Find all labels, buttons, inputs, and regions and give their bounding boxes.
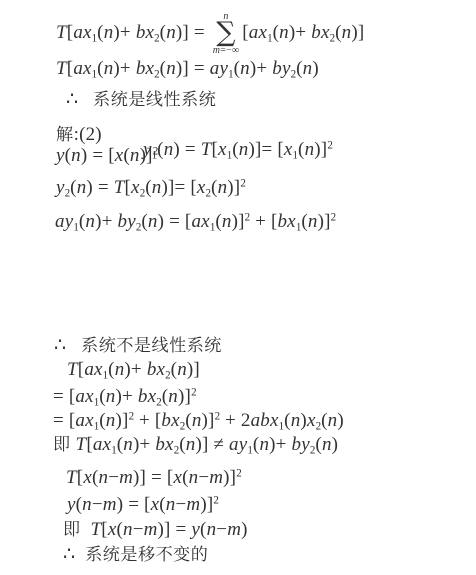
subscript: 1 [227, 150, 233, 162]
subscript: 1 [103, 370, 109, 382]
subscript: 2 [140, 188, 146, 200]
eq-shifted-output: y(n−m) = [x(n−m)]2 [67, 494, 219, 517]
conclusion-not-linear: ∴ 系统不是线性系统 [54, 335, 222, 358]
subscript: 2 [154, 32, 160, 44]
superscript: 2 [213, 494, 219, 506]
eq-expand-square: = [ax1(n)+ bx2(n)]2 [53, 386, 197, 410]
sum-lower-limit: m=−∞ [213, 45, 239, 56]
subscript: 2 [206, 188, 212, 200]
subscript: 2 [165, 370, 171, 382]
eq-expand-terms: = [ax1(n)]2 + [bx2(n)]2 + 2abx1(n)x2(n) [53, 410, 344, 434]
subscript: 2 [154, 69, 160, 81]
sum-right-expression: [ax1(n)+ bx2(n)] [242, 22, 364, 46]
eq-t-of-combination: T[ax1(n)+ bx2(n)] [67, 359, 200, 383]
subscript: 1 [267, 32, 273, 44]
subscript: 1 [210, 222, 216, 234]
chinese-text: 解 [56, 125, 74, 144]
document-page: T[ax1(n)+ bx2(n)] = n∑m=−∞[ax1(n)+ bx2(n… [0, 0, 476, 575]
subscript: 2 [330, 32, 336, 44]
subscript: 1 [94, 421, 100, 433]
subscript: 2 [65, 188, 71, 200]
sum-left-expression: T[ax1(n)+ bx2(n)] = [56, 22, 210, 46]
subscript: 2 [316, 421, 322, 433]
chinese-text: 系统不是线性系统 [81, 336, 222, 355]
subscript: 1 [279, 421, 285, 433]
eq-not-equal-statement: 即 T[ax1(n)+ bx2(n)] ≠ ay1(n)+ by2(n) [53, 434, 338, 458]
eq-response-y1: y1(n) = T[x1(n)]= [x1(n)]2 [143, 139, 333, 163]
eq-linearity-result: T[ax1(n)+ bx2(n)] = ay1(n)+ by2(n) [56, 58, 319, 82]
label-solution-2: 解:(2) [56, 124, 102, 147]
superscript: 2 [240, 177, 246, 189]
superscript: 2 [331, 211, 337, 223]
eq-sum-definition: T[ax1(n)+ bx2(n)] = n∑m=−∞[ax1(n)+ bx2(n… [56, 11, 364, 56]
subscript: 1 [247, 445, 253, 457]
chinese-text: 系统是移不变的 [85, 545, 208, 564]
chinese-text: 即 [63, 520, 81, 539]
subscript: 1 [111, 445, 117, 457]
subscript: 2 [310, 445, 316, 457]
subscript: 2 [156, 397, 162, 409]
superscript: 2 [191, 386, 197, 398]
subscript: 1 [228, 69, 234, 81]
subscript: 1 [293, 150, 299, 162]
subscript: 1 [92, 69, 98, 81]
subscript: 2 [291, 69, 297, 81]
superscript: 2 [129, 410, 135, 422]
eq-weighted-sum: ay1(n)+ by2(n) = [ax1(n)]2 + [bx1(n)]2 [55, 211, 336, 235]
subscript: 1 [94, 397, 100, 409]
subscript: 2 [174, 445, 180, 457]
subscript: 2 [136, 222, 142, 234]
sigma-icon: ∑ [216, 22, 235, 45]
subscript: 1 [152, 150, 158, 162]
eq-shifted-input: T[x(n−m)] = [x(n−m)]2 [66, 467, 242, 490]
superscript: 2 [215, 410, 221, 422]
subscript: 1 [296, 222, 302, 234]
subscript: 2 [180, 421, 186, 433]
conclusion-shift-invariant: ∴ 系统是移不变的 [63, 544, 208, 567]
superscript: 2 [327, 139, 333, 151]
subscript: 1 [73, 222, 79, 234]
subscript: 1 [92, 32, 98, 44]
conclusion-linear: ∴ 系统是线性系统 [66, 89, 216, 112]
eq-response-y2: y2(n) = T[x2(n)]= [x2(n)]2 [56, 177, 246, 201]
superscript: 2 [236, 467, 242, 479]
summation-symbol: n∑m=−∞ [213, 11, 239, 56]
eq-shift-equality: 即 T[x(n−m)] = y(n−m) [63, 519, 248, 542]
superscript: 2 [245, 211, 251, 223]
chinese-text: 即 [53, 435, 71, 454]
chinese-text: 系统是线性系统 [93, 90, 216, 109]
